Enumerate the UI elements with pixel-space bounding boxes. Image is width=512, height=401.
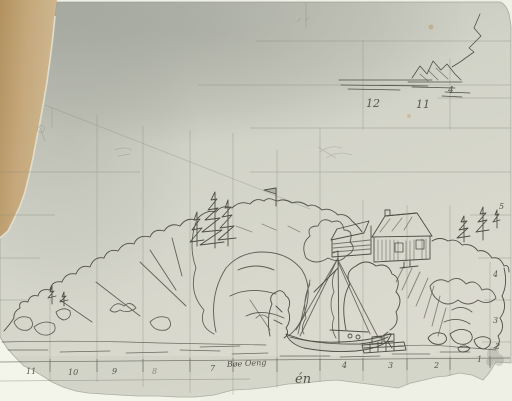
bottom-number-8: 8 [152,367,157,376]
bottom-number-2: 2 [433,361,439,370]
foxing-spot [407,114,411,118]
margin-number-2: 2 [494,342,500,351]
bottom-number-4: 4 [341,361,347,370]
paper-sheet [0,0,512,401]
scanned-drawing: 12 11 4 11 10 9 8 7 4 3 2 1 5 4 3 2 Bøe … [0,0,512,401]
top-number-4: 4 [447,86,454,96]
bottom-number-1: 1 [477,355,482,364]
bottom-number-11: 11 [26,367,36,376]
bottom-number-9: 9 [112,367,117,376]
margin-number-5: 5 [499,202,504,211]
foxing-spot [429,25,434,30]
margin-number-3: 3 [493,316,498,325]
top-number-12: 12 [366,97,380,110]
inscription-en: én [295,372,311,387]
sketch-svg: 12 11 4 11 10 9 8 7 4 3 2 1 5 4 3 2 Bøe … [0,0,512,401]
margin-number-4: 4 [492,270,498,279]
bottom-number-3: 3 [388,361,393,370]
top-number-11: 11 [416,98,430,111]
bottom-number-10: 10 [68,368,78,377]
